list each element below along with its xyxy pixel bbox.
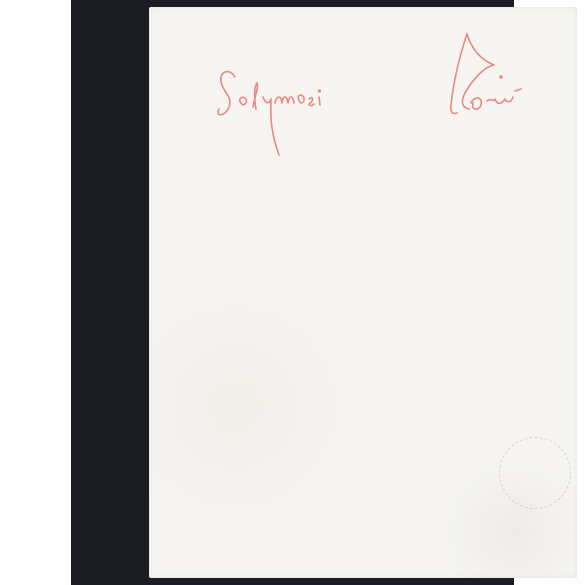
stamp-impression [499,437,571,509]
photo-card-back: Solymosi Károly [149,7,577,578]
photo-frame: Solymosi Károly [71,0,514,585]
handwritten-signature [149,7,577,187]
